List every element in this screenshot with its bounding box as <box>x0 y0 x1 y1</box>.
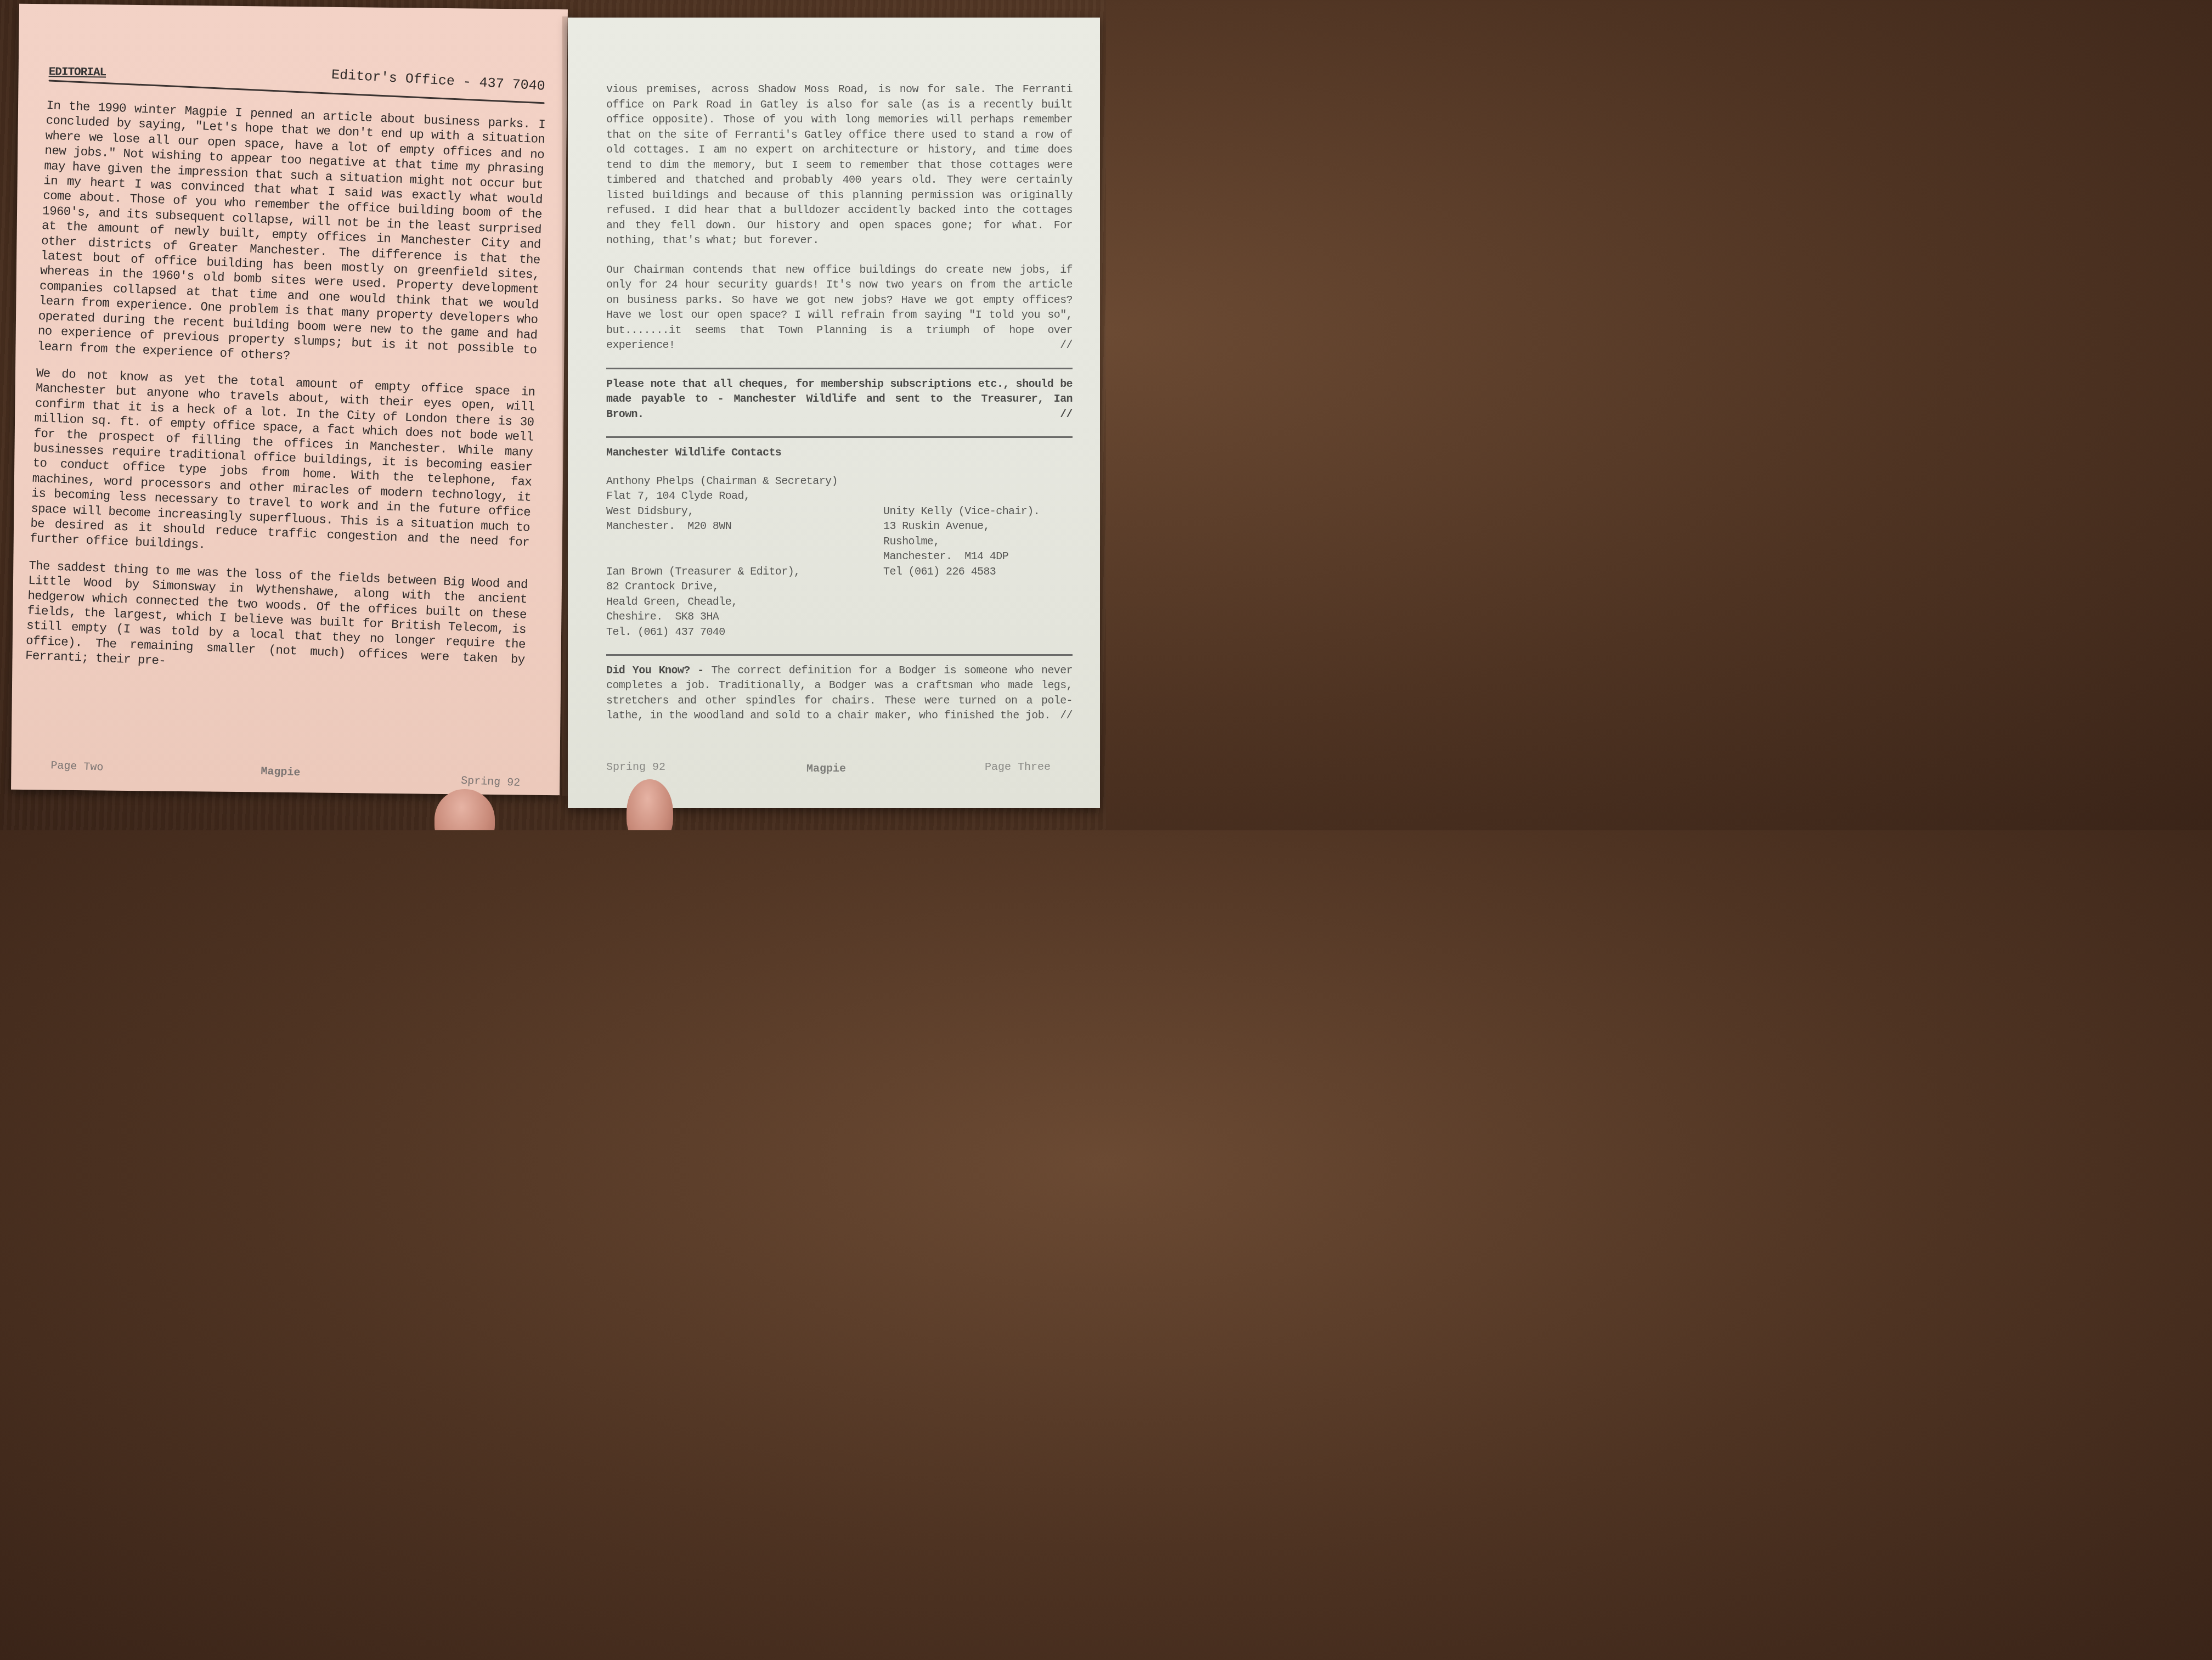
page-two: EDITORIAL Editor's Office - 437 7040 In … <box>11 4 568 795</box>
section-divider <box>606 654 1073 656</box>
section-divider <box>606 368 1073 369</box>
end-mark: // <box>1060 708 1073 724</box>
cheques-notice: Please note that all cheques, for member… <box>606 377 1073 423</box>
editor-office-phone: Editor's Office - 437 7040 <box>331 67 545 94</box>
section-divider <box>606 436 1073 438</box>
editorial-paragraph: vious premises, across Shadow Moss Road,… <box>606 82 1073 249</box>
editorial-paragraph: In the 1990 winter Magpie I penned an ar… <box>37 98 545 373</box>
editorial-paragraph: The saddest thing to me was the loss of … <box>25 558 528 683</box>
end-mark: // <box>1060 407 1073 423</box>
did-you-know: Did You Know? - The correct definition f… <box>606 663 1073 724</box>
contact-vice-chair: Unity Kelly (Vice-chair). 13 Ruskin Aven… <box>883 504 1040 580</box>
contact-chairman: Anthony Phelps (Chairman & Secretary) Fl… <box>606 474 838 534</box>
page-three-body: vious premises, across Shadow Moss Road,… <box>606 82 1073 738</box>
thumb-left <box>435 789 495 830</box>
contacts-heading: Manchester Wildlife Contacts <box>606 446 1073 461</box>
issue-date: Spring 92 <box>606 761 665 774</box>
page-three: vious premises, across Shadow Moss Road,… <box>568 18 1100 808</box>
section-label: EDITORIAL <box>49 66 106 79</box>
contacts-list: Anthony Phelps (Chairman & Secretary) Fl… <box>606 474 1073 649</box>
page-number: Page Two <box>50 759 104 774</box>
publication-name: Magpie <box>261 766 301 780</box>
cheques-notice-text: Please note that all cheques, for member… <box>606 378 1073 421</box>
editorial-conclusion: Our Chairman contends that new office bu… <box>606 264 1073 352</box>
issue-date: Spring 92 <box>461 775 521 790</box>
did-you-know-label: Did You Know? - <box>606 665 704 677</box>
publication-name: Magpie <box>806 763 846 775</box>
page-number: Page Three <box>985 761 1051 774</box>
magpie-newsletter-booklet: EDITORIAL Editor's Office - 437 7040 In … <box>16 5 1106 812</box>
editorial-paragraph: We do not know as yet the total amount o… <box>30 366 535 566</box>
editorial-paragraph: Our Chairman contends that new office bu… <box>606 263 1073 353</box>
end-mark: // <box>1060 338 1073 353</box>
contact-treasurer-editor: Ian Brown (Treasurer & Editor), 82 Crant… <box>606 565 800 640</box>
editorial-body: In the 1990 winter Magpie I penned an ar… <box>25 98 546 695</box>
